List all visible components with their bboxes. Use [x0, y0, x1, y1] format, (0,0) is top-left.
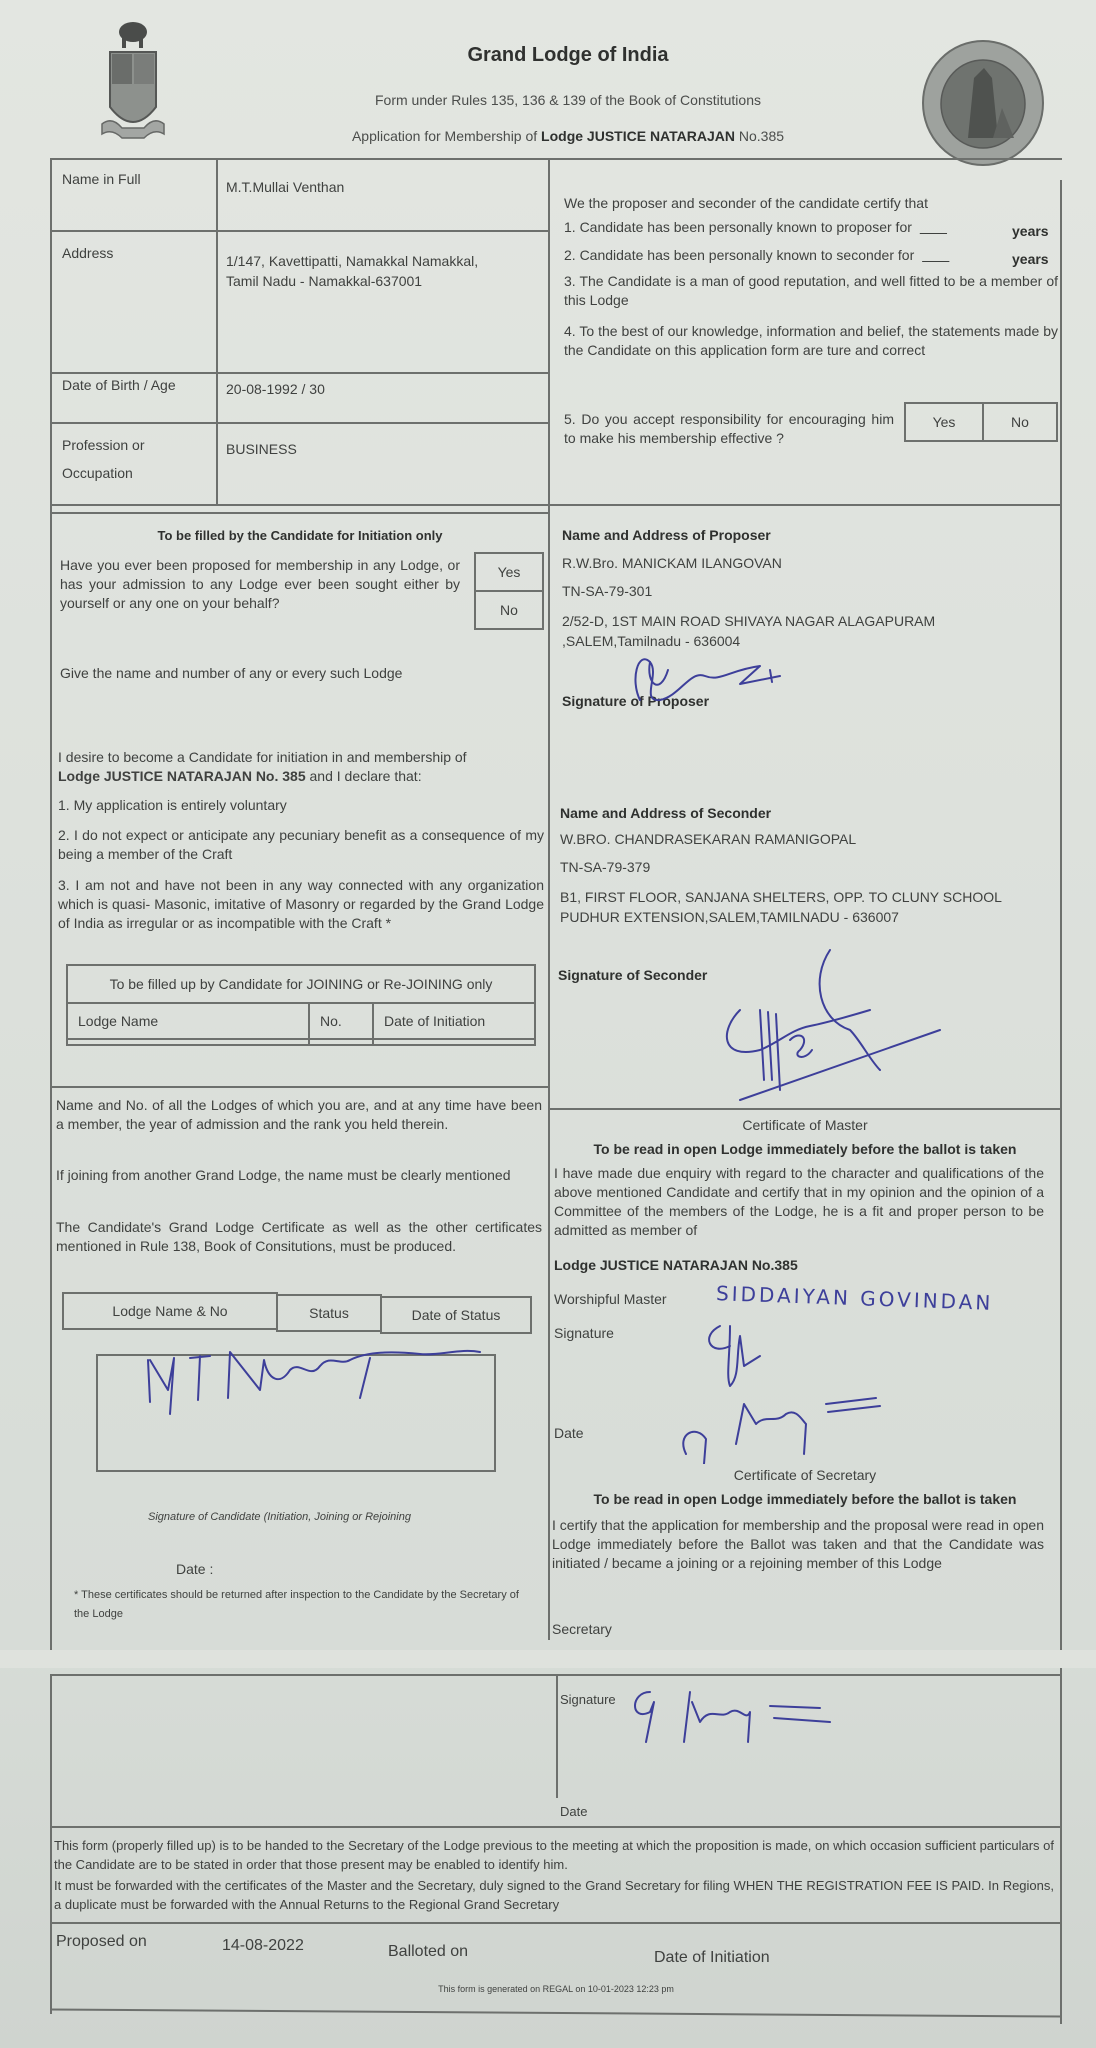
form-title: Grand Lodge of India	[0, 44, 1096, 67]
certify-item-2-text: 2. Candidate has been personally known t…	[564, 247, 914, 263]
rule-top	[50, 158, 1062, 160]
dob-value: 20-08-1992 / 30	[226, 380, 325, 399]
proposed-on-value: 14-08-2022	[222, 1936, 304, 1955]
rule	[50, 512, 550, 514]
form-subtitle: Form under Rules 135, 136 & 139 of the B…	[0, 92, 1096, 108]
page-fold	[0, 1650, 1096, 1668]
seconder-name: W.BRO. CHANDRASEKARAN RAMANIGOPAL	[560, 830, 856, 849]
secretary-certificate-title: Certificate of Secretary	[550, 1466, 1060, 1485]
application-heading: Application for Membership of Lodge JUST…	[0, 128, 1096, 144]
rule	[50, 504, 1062, 506]
proposer-id: TN-SA-79-301	[562, 582, 652, 601]
certify-item-1: 1. Candidate has been personally known t…	[564, 218, 947, 237]
master-certificate-subtitle: To be read in open Lodge immediately bef…	[550, 1140, 1060, 1159]
proposed-before-yes-box[interactable]: Yes	[474, 552, 544, 592]
declaration-1: 1. My application is entirely voluntary	[58, 796, 287, 815]
certify-item-3: 3. The Candidate is a man of good reputa…	[564, 272, 1058, 310]
secretary-signature-label: Signature	[560, 1690, 616, 1709]
proposed-before-no-box[interactable]: No	[474, 590, 544, 630]
proposed-on-label: Proposed on	[56, 1932, 147, 1951]
date-of-initiation-label: Date of Initiation	[654, 1948, 770, 1967]
worshipful-master-label: Worshipful Master	[554, 1290, 667, 1309]
profession-label: Profession or	[62, 436, 144, 455]
seconder-years-blank[interactable]	[922, 247, 949, 263]
address-label: Address	[62, 244, 113, 263]
proposer-signature	[620, 640, 820, 720]
rule-label-col	[216, 160, 218, 505]
lodges-para-1: Name and No. of all the Lodges of which …	[56, 1096, 542, 1134]
generated-note: This form is generated on REGAL on 10-01…	[50, 1980, 1062, 1999]
proposer-years-blank[interactable]	[920, 219, 947, 235]
master-certificate-lodge: Lodge JUSTICE NATARAJAN No.385	[554, 1256, 798, 1275]
proposer-address-line-1: 2/52-D, 1ST MAIN ROAD SHIVAYA NAGAR ALAG…	[562, 612, 935, 631]
candidate-signature	[140, 1340, 520, 1420]
certify-item-2: 2. Candidate has been personally known t…	[564, 246, 949, 265]
rule-right	[1060, 180, 1062, 1680]
lodge-number: No.385	[739, 128, 784, 144]
master-certificate-title: Certificate of Master	[550, 1116, 1060, 1135]
lodges-col-status: Status	[276, 1294, 382, 1332]
name-label: Name in Full	[62, 170, 141, 189]
application-form-page: Grand Lodge of India Form under Rules 13…	[0, 0, 1096, 2048]
joining-row-empty[interactable]	[66, 1038, 310, 1046]
application-prefix: Application for Membership of	[352, 128, 537, 144]
declaration-intro: I desire to become a Candidate for initi…	[58, 748, 548, 786]
rule	[50, 1922, 1062, 1924]
certify-item-4: 4. To the best of our knowledge, informa…	[564, 322, 1058, 360]
rule	[50, 1086, 550, 1088]
declaration-suffix: and I declare that:	[310, 768, 422, 784]
master-date-signature	[676, 1384, 926, 1464]
certify-intro: We the proposer and seconder of the cand…	[564, 194, 928, 213]
address-line-1: 1/147, Kavettipatti, Namakkal Namakkal,	[226, 252, 478, 271]
certificates-footnote: * These certificates should be returned …	[74, 1586, 524, 1624]
seconder-address-line-1: B1, FIRST FLOOR, SANJANA SHELTERS, OPP. …	[560, 888, 1002, 907]
rule	[50, 2008, 1062, 2017]
lodges-para-3: The Candidate's Grand Lodge Certificate …	[56, 1218, 542, 1256]
lodge-name: Lodge JUSTICE NATARAJAN	[541, 128, 735, 144]
years-label-1: years	[1012, 222, 1049, 241]
proposer-name: R.W.Bro. MANICKAM ILANGOVAN	[562, 554, 782, 573]
joining-col-lodge-name: Lodge Name	[66, 1002, 310, 1040]
secretary-signature	[620, 1682, 880, 1752]
candidate-date-label: Date :	[176, 1560, 213, 1579]
footer-instructions-1: This form (properly filled up) is to be …	[54, 1836, 1054, 1874]
lodges-para-2: If joining from another Grand Lodge, the…	[56, 1166, 542, 1185]
worshipful-master-name-handwritten: SIDDAIYAN GOVINDAN	[716, 1281, 994, 1315]
proposed-before-question: Have you ever been proposed for membersh…	[60, 556, 460, 613]
rule	[1060, 1674, 1062, 2024]
secretary-label: Secretary	[552, 1620, 612, 1639]
joining-col-date-of-initiation: Date of Initiation	[372, 1002, 536, 1040]
rule-middle	[548, 160, 550, 1640]
secretary-certificate-body: I certify that the application for membe…	[552, 1516, 1044, 1573]
seconder-signature	[700, 930, 960, 1110]
profession-value: BUSINESS	[226, 440, 297, 459]
declaration-lodge: Lodge JUSTICE NATARAJAN No. 385	[58, 768, 306, 784]
balloted-on-label: Balloted on	[388, 1942, 468, 1961]
initiation-heading: To be filled by the Candidate for Initia…	[52, 526, 548, 545]
seconder-id: TN-SA-79-379	[560, 858, 650, 877]
secretary-date-label: Date	[560, 1802, 587, 1821]
secretary-certificate-subtitle: To be read in open Lodge immediately bef…	[550, 1490, 1060, 1509]
lodges-col-name: Lodge Name & No	[62, 1292, 278, 1330]
rule-left	[50, 158, 52, 1668]
certify-item-1-text: 1. Candidate has been personally known t…	[564, 219, 912, 235]
master-signature-label: Signature	[554, 1324, 614, 1343]
joining-col-no: No.	[308, 1002, 374, 1040]
name-value: M.T.Mullai Venthan	[226, 178, 344, 197]
give-lodge-name-label: Give the name and number of any or every…	[60, 664, 402, 683]
seconder-heading: Name and Address of Seconder	[560, 804, 771, 823]
master-certificate-body: I have made due enquiry with regard to t…	[554, 1164, 1044, 1240]
declaration-3: 3. I am not and have not been in any way…	[58, 876, 544, 933]
joining-row-empty[interactable]	[372, 1038, 536, 1046]
rule	[50, 372, 550, 374]
candidate-signature-caption: Signature of Candidate (Initiation, Join…	[148, 1508, 411, 1527]
address-line-2: Tamil Nadu - Namakkal-637001	[226, 272, 422, 291]
rule	[50, 1674, 52, 2014]
declaration-intro-text: I desire to become a Candidate for initi…	[58, 749, 467, 765]
certify-item-5: 5. Do you accept responsibility for enco…	[564, 410, 894, 448]
rule	[556, 1674, 558, 1798]
rule	[50, 230, 550, 232]
master-date-label: Date	[554, 1424, 584, 1443]
joining-row-empty[interactable]	[308, 1038, 374, 1046]
years-label-2: years	[1012, 250, 1049, 269]
lodges-col-date: Date of Status	[380, 1296, 532, 1334]
declaration-2: 2. I do not expect or anticipate any pec…	[58, 826, 544, 864]
seconder-address-line-2: PUDHUR EXTENSION,SALEM,TAMILNADU - 63600…	[560, 908, 899, 927]
rule	[50, 1826, 1062, 1828]
responsibility-yes-box[interactable]: Yes	[904, 402, 984, 442]
seconder-signature-label: Signature of Seconder	[558, 966, 707, 985]
occupation-label: Occupation	[62, 464, 133, 483]
proposer-heading: Name and Address of Proposer	[562, 526, 771, 545]
joining-table-heading: To be filled up by Candidate for JOINING…	[66, 964, 536, 1004]
dob-label: Date of Birth / Age	[62, 376, 176, 395]
responsibility-no-box[interactable]: No	[982, 402, 1058, 442]
rule	[50, 422, 550, 424]
footer-instructions-2: It must be forwarded with the certificat…	[54, 1876, 1054, 1914]
